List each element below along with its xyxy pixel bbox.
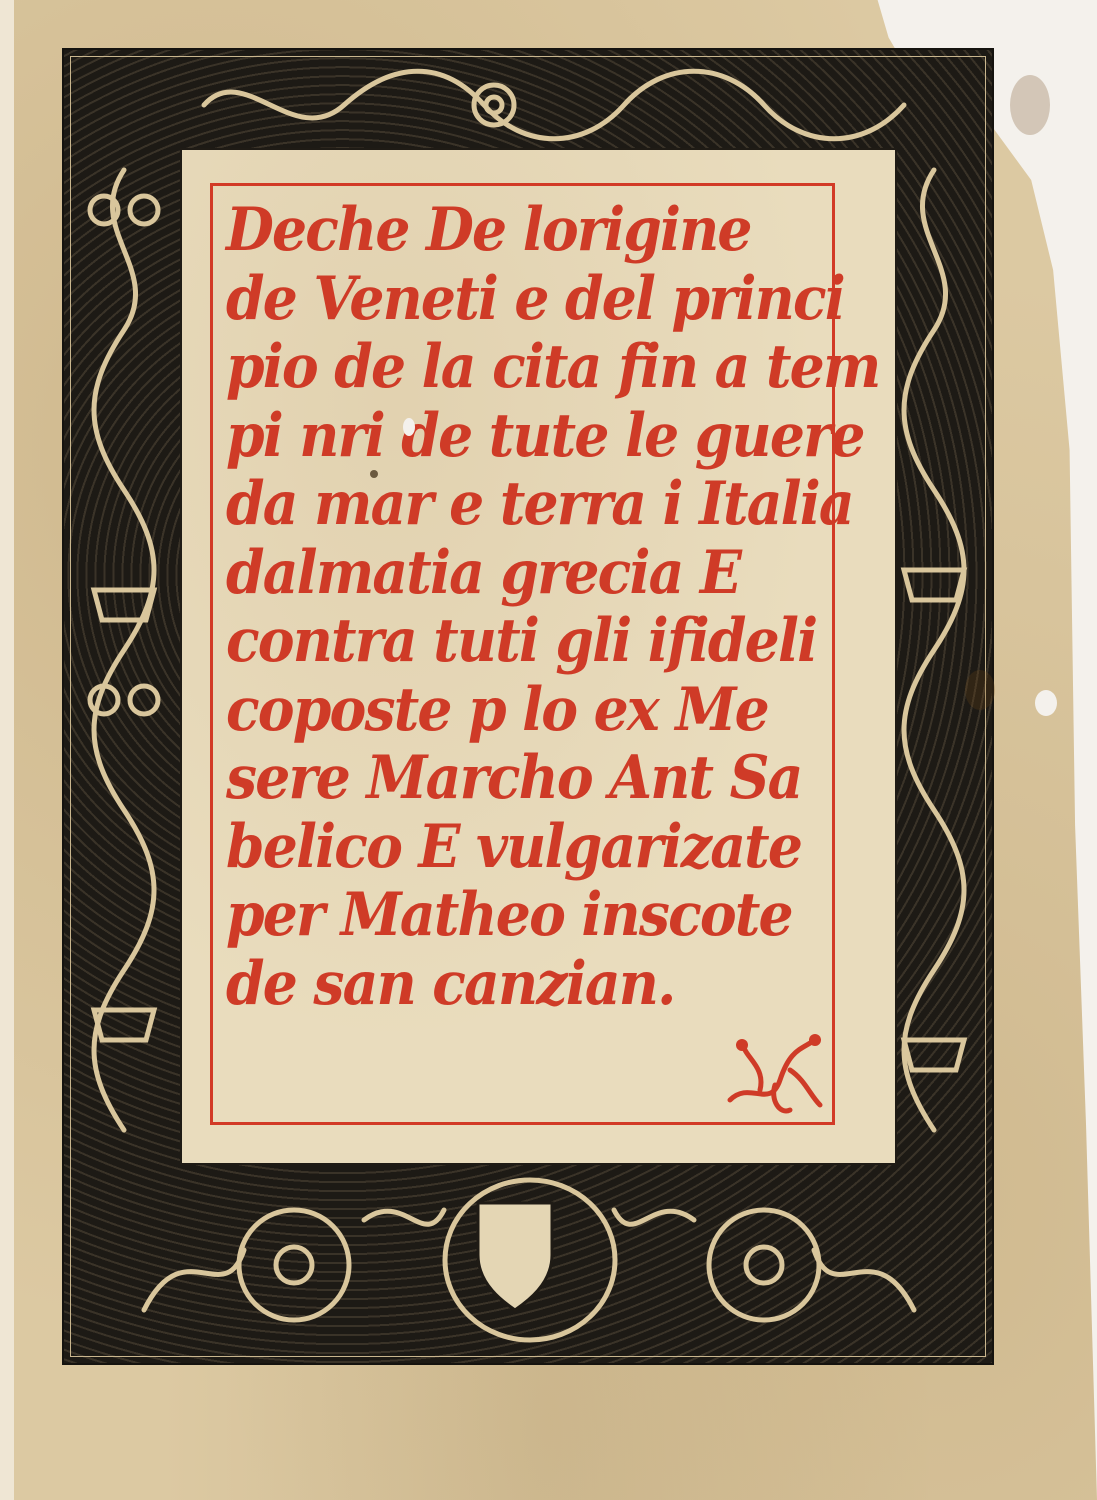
title-text-block: Deche De lorigine de Veneti e del princi… [226, 196, 826, 1018]
worm-hole [1035, 690, 1057, 716]
title-line: pi nri de tute le guere [226, 402, 778, 471]
heraldic-shield-icon [470, 1195, 560, 1315]
title-line: pio de la cita fin a tem [226, 333, 778, 402]
stain [1010, 75, 1050, 135]
title-line: belico E vulgarizate [226, 813, 778, 882]
title-line: Deche De lorigine [226, 196, 778, 265]
page-gutter [0, 0, 14, 1500]
title-line: coposte p lo ex Me [226, 676, 778, 745]
title-line: dalmatia grecia E [226, 539, 778, 608]
title-line: per Matheo inscote [226, 881, 778, 950]
title-line: sere Marcho Ant Sa [226, 744, 778, 813]
title-line: da mar e terra i Italia [226, 470, 778, 539]
title-line: contra tuti gli ifideli [226, 607, 778, 676]
title-line: de san canzian. [226, 950, 778, 1019]
worm-hole [403, 418, 415, 436]
floral-sprig-icon [720, 1030, 830, 1120]
worm-hole [370, 470, 378, 478]
title-line: de Veneti e del princi [226, 265, 778, 334]
stain [965, 670, 995, 710]
